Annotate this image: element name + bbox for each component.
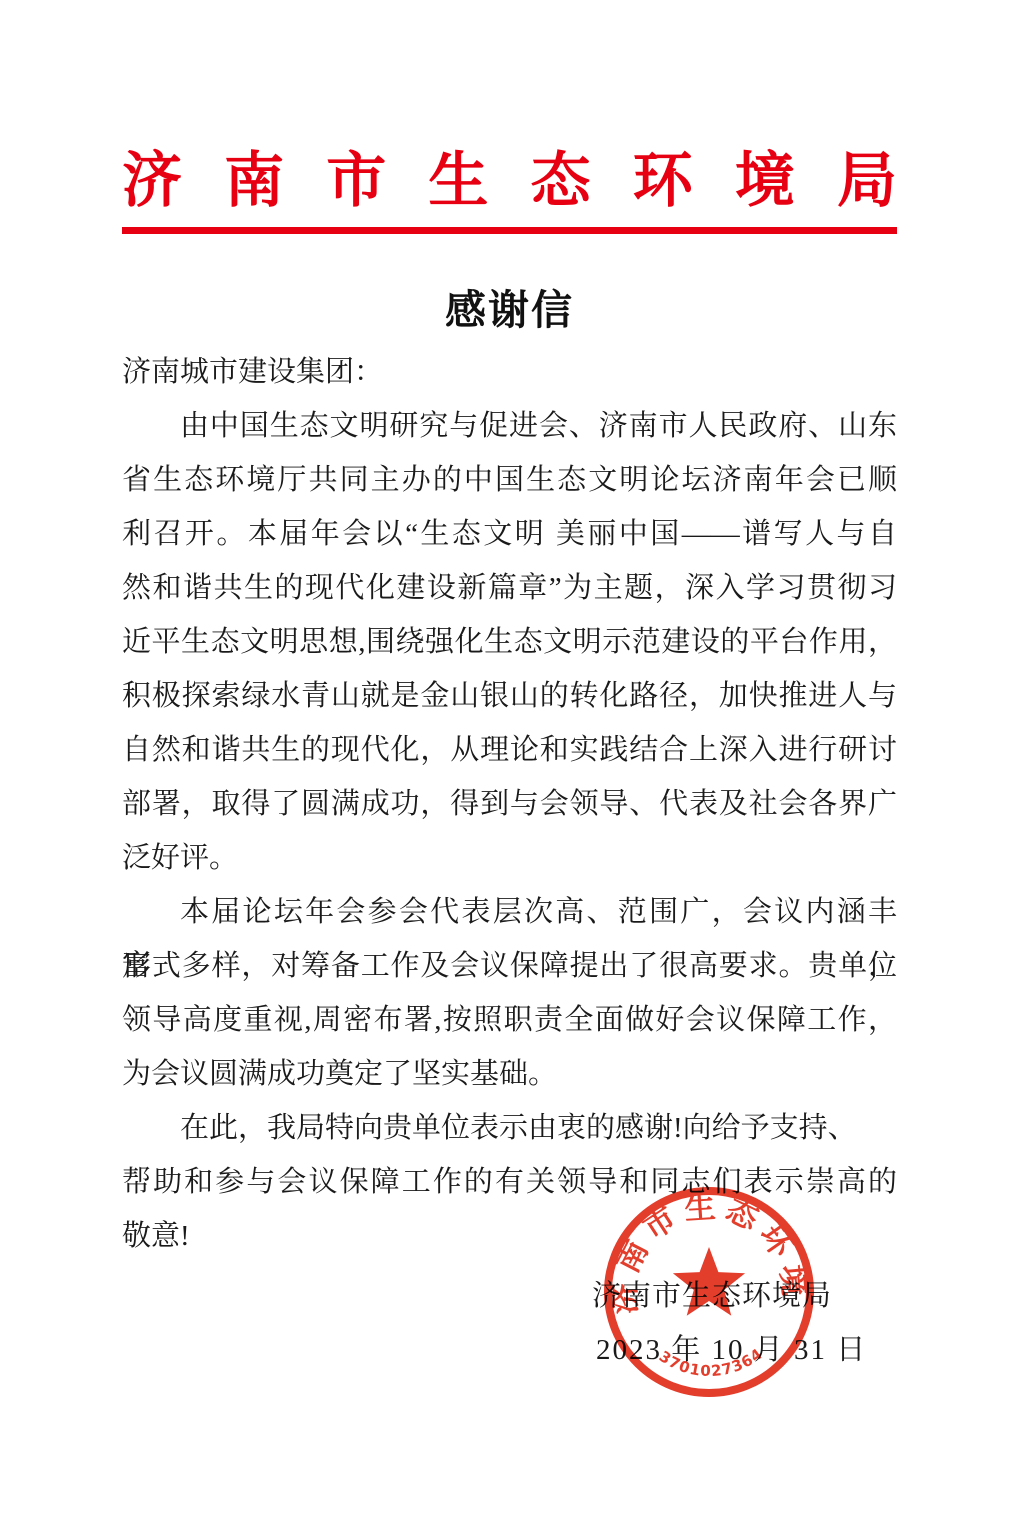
signature-block: 济南市生态环境局 2023 年 10 月 31 日 — [122, 1269, 897, 1377]
body-line: 帮助和参与会议保障工作的有关领导和同志们表示崇高的 — [122, 1155, 897, 1209]
letterhead-double-rule — [122, 227, 897, 234]
body-line: 部署，取得了圆满成功，得到与会领导、代表及社会各界广 — [122, 777, 897, 831]
body-line: 近平生态文明思想,围绕强化生态文明示范建设的平台作用， — [122, 615, 897, 669]
body-line: 敬意! — [122, 1209, 897, 1263]
letter-page: 济南市生态环境局 感谢信 济南城市建设集团： 由中国生态文明研究与促进会、济南市… — [0, 0, 1019, 1528]
salutation-line: 济南城市建设集团： — [122, 345, 897, 399]
signature-date: 2023 年 10 月 31 日 — [596, 1323, 897, 1377]
body-line: 积极探索绿水青山就是金山银山的转化路径，加快推进人与 — [122, 669, 897, 723]
body-line: 在此，我局特向贵单位表示由衷的感谢!向给予支持、 — [122, 1101, 897, 1155]
body-line: 本届论坛年会参会代表层次高、范围广，会议内涵丰富， — [122, 885, 897, 939]
body-line: 形式多样，对筹备工作及会议保障提出了很高要求。贵单位 — [122, 939, 897, 993]
body-line: 由中国生态文明研究与促进会、济南市人民政府、山东 — [122, 399, 897, 453]
body-line: 泛好评。 — [122, 831, 897, 885]
letter-content: 济南市生态环境局 感谢信 济南城市建设集团： 由中国生态文明研究与促进会、济南市… — [0, 0, 1019, 1528]
body-line: 省生态环境厅共同主办的中国生态文明论坛济南年会已顺 — [122, 453, 897, 507]
signature-org: 济南市生态环境局 — [592, 1269, 897, 1323]
body-line: 领导高度重视,周密布署,按照职责全面做好会议保障工作， — [122, 993, 897, 1047]
body-line: 自然和谐共生的现代化，从理论和实践结合上深入进行研讨 — [122, 723, 897, 777]
letter-title: 感谢信 — [122, 290, 897, 331]
body-line: 利召开。本届年会以“生态文明 美丽中国——谱写人与自 — [122, 507, 897, 561]
body-line: 为会议圆满成功奠定了坚实基础。 — [122, 1047, 897, 1101]
letter-body: 济南城市建设集团： 由中国生态文明研究与促进会、济南市人民政府、山东 省生态环境… — [122, 345, 897, 1263]
body-line: 然和谐共生的现代化建设新篇章”为主题，深入学习贯彻习 — [122, 561, 897, 615]
letterhead-agency-title: 济南市生态环境局 — [122, 0, 897, 213]
